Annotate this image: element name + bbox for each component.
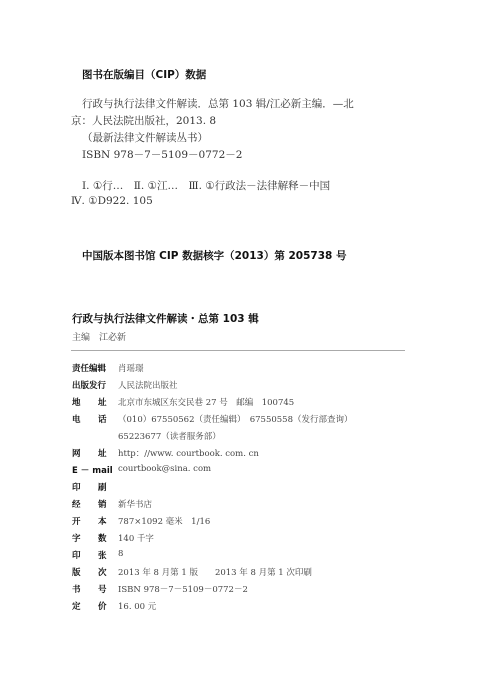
- row-value: 人民法院出版社: [118, 379, 178, 391]
- divider: [71, 350, 405, 351]
- row-value: 65223677（读者服务部）: [118, 430, 221, 442]
- cip-line: Ⅰ. ①行… Ⅱ. ①江… Ⅲ. ①行政法－法律解释－中国: [82, 178, 330, 193]
- row-value: ISBN 978－7－5109－0772－2: [118, 583, 248, 595]
- row-value: 8: [118, 549, 123, 559]
- row-value: 16. 00 元: [118, 600, 156, 612]
- row-value: 新华书店: [118, 498, 152, 510]
- row-value: 787×1092 毫米 1/16: [118, 515, 210, 527]
- book-editor: 主编 江必新: [72, 330, 126, 343]
- row-label: 刷: [98, 481, 178, 493]
- row-value: http：//www. courtbook. com. cn: [118, 447, 259, 459]
- row-value: 肖瑶璟: [118, 362, 144, 374]
- row-label: 张: [98, 549, 178, 561]
- cip-heading: 图书在版编目（CIP）数据: [82, 67, 206, 82]
- row-value: 2013 年 8 月第 1 版 2013 年 8 月第 1 次印刷: [118, 566, 312, 578]
- cip-line: ISBN 978－7－5109－0772－2: [82, 147, 242, 162]
- cip-line: （最新法律文件解读丛书）: [82, 130, 208, 145]
- row-value: 140 千字: [118, 532, 154, 544]
- row-value: courtbook@sina. com: [118, 464, 211, 474]
- row-value: 北京市东城区东交民巷 27 号 邮编 100745: [118, 396, 294, 408]
- cip-line: 京：人民法院出版社，2013. 8: [71, 113, 216, 128]
- cip-line: Ⅳ. ①D922. 105: [71, 195, 153, 207]
- row-value: （010）67550562（责任编辑） 67550558（发行部查询）: [118, 413, 353, 425]
- cip-catalog-number: 中国版本图书馆 CIP 数据核字（2013）第 205738 号: [82, 248, 347, 263]
- cip-line: 行政与执行法律文件解读．总第 103 辑/江必新主编．—北: [82, 96, 354, 111]
- book-title: 行政与执行法律文件解读・总第 103 辑: [72, 311, 259, 326]
